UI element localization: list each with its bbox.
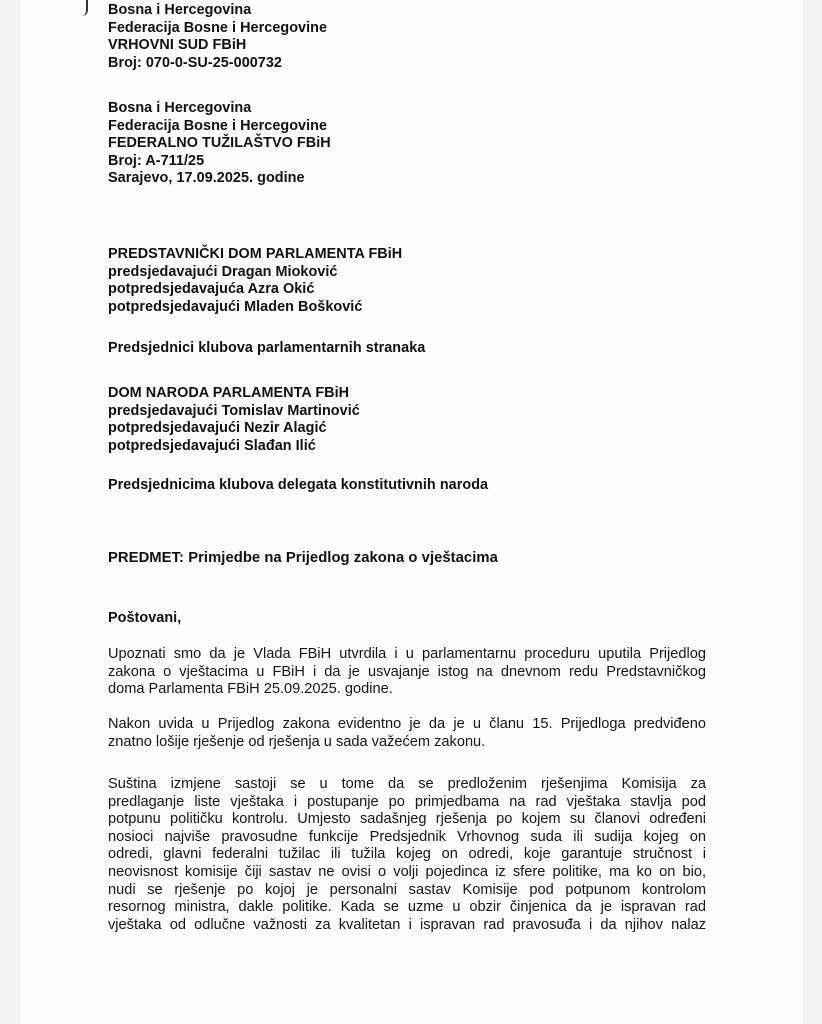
paragraph-line: zakona o vještacima u FBiH i da je usvaj… [108, 664, 706, 682]
recipient-person: predsjedavajući Dragan Mioković [108, 264, 402, 282]
recipient-person: predsjedavajući Tomislav Martinović [108, 403, 360, 421]
paragraph-line: Upoznati smo da je Vlada FBiH utvrdila i… [108, 646, 706, 664]
recipient-institution: PREDSTAVNIČKI DOM PARLAMENTA FBiH [108, 246, 402, 264]
recipients-party-clubs: Predsjednici klubova parlamentarnih stra… [108, 340, 425, 358]
paragraph-line: Nakon uvida u Prijedlog zakona evidentno… [108, 716, 706, 734]
body-paragraph-1: Upoznati smo da je Vlada FBiH utvrdila i… [108, 646, 706, 699]
paragraph-line: potpunu političku kontrolu. Umjesto sada… [108, 811, 706, 829]
body-paragraph-2: Nakon uvida u Prijedlog zakona evidentno… [108, 716, 706, 751]
paragraph-line: vještaka od odlučne važnosti za kvalitet… [108, 917, 706, 935]
staple-mark [82, 0, 88, 16]
recipients-house-of-representatives: PREDSTAVNIČKI DOM PARLAMENTA FBiH predsj… [108, 246, 402, 316]
paragraph-line: nudi se rješenje po kojoj je personalni … [108, 882, 706, 900]
recipient-person: potpredsjedavajuća Azra Okić [108, 281, 402, 299]
body-paragraph-3: Suština izmjene sastoji se u tome da se … [108, 776, 706, 934]
reference-number: Broj: A-711/25 [108, 153, 331, 171]
recipient-institution: DOM NARODA PARLAMENTA FBiH [108, 385, 360, 403]
supreme-court-header: Bosna i Hercegovina Federacija Bosne i H… [108, 2, 327, 72]
paragraph-line: odredi, glavni federalni tužilac ili tuž… [108, 846, 706, 864]
paragraph-line: neovisnost komisije čiji sastav ne ovisi… [108, 864, 706, 882]
recipients-delegate-clubs: Predsjednicima klubova delegata konstitu… [108, 477, 488, 495]
header-line: Bosna i Hercegovina [108, 2, 327, 20]
paragraph-line: predlaganje liste vještaka i postupanje … [108, 794, 706, 812]
recipient-line: Predsjednicima klubova delegata konstitu… [108, 477, 488, 495]
header-line: Bosna i Hercegovina [108, 100, 331, 118]
header-line: Federacija Bosne i Hercegovine [108, 20, 327, 38]
prosecutor-header: Bosna i Hercegovina Federacija Bosne i H… [108, 100, 331, 188]
recipients-house-of-peoples: DOM NARODA PARLAMENTA FBiH predsjedavaju… [108, 385, 360, 455]
place-date: Sarajevo, 17.09.2025. godine [108, 170, 331, 188]
subject-text: PREDMET: Primjedbe na Prijedlog zakona o… [108, 550, 498, 568]
recipient-person: potpredsjedavajući Mladen Bošković [108, 299, 402, 317]
reference-number: Broj: 070-0-SU-25-000732 [108, 55, 327, 73]
header-line: FEDERALNO TUŽILAŠTVO FBiH [108, 135, 331, 153]
recipient-person: potpredsjedavajući Nezir Alagić [108, 420, 360, 438]
paragraph-line: znatno lošije rješenje od rješenja u sad… [108, 734, 706, 752]
header-line: Federacija Bosne i Hercegovine [108, 118, 331, 136]
paragraph-line: resornog ministra, dakle politike. Kada … [108, 899, 706, 917]
header-line: VRHOVNI SUD FBiH [108, 37, 327, 55]
paragraph-line: doma Parlamenta FBiH 25.09.2025. godine. [108, 681, 706, 699]
salutation: Poštovani, [108, 610, 181, 628]
salutation-text: Poštovani, [108, 610, 181, 628]
recipient-line: Predsjednici klubova parlamentarnih stra… [108, 340, 425, 358]
subject-line: PREDMET: Primjedbe na Prijedlog zakona o… [108, 550, 498, 568]
recipient-person: potpredsjedavajući Slađan Ilić [108, 438, 360, 456]
document-page: Bosna i Hercegovina Federacija Bosne i H… [20, 0, 803, 1024]
paragraph-line: Suština izmjene sastoji se u tome da se … [108, 776, 706, 794]
paragraph-line: nosioci najviše pravosudne funkcije Pred… [108, 829, 706, 847]
